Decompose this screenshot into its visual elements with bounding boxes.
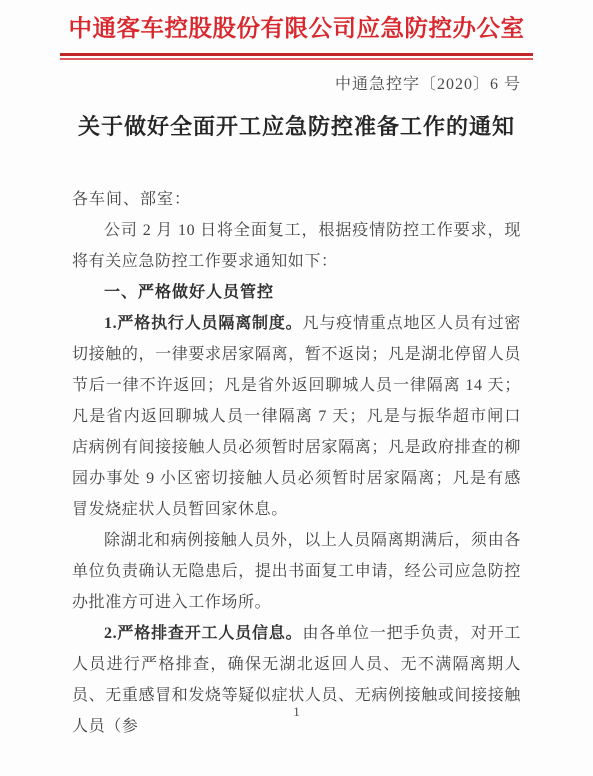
item-1-paragraph: 1.严格执行人员隔离制度。凡与疫情重点地区人员有过密切接触的，一律要求居家隔离，… bbox=[72, 308, 521, 525]
document-page: 中通客车控股股份有限公司应急防控办公室 中通急控字〔2020〕6 号 关于做好全… bbox=[0, 0, 593, 776]
salutation: 各车间、部室： bbox=[72, 184, 521, 215]
issuing-org-title: 中通客车控股股份有限公司应急防控办公室 bbox=[58, 12, 535, 46]
item-1-text: 凡与疫情重点地区人员有过密切接触的，一律要求居家隔离，暂不返岗；凡是湖北停留人员… bbox=[72, 315, 521, 518]
intro-paragraph: 公司 2 月 10 日将全面复工，根据疫情防控工作要求，现将有关应急防控工作要求… bbox=[72, 215, 521, 277]
page-number: 1 bbox=[0, 704, 593, 720]
document-number: 中通急控字〔2020〕6 号 bbox=[72, 74, 521, 96]
section-1-heading: 一、严格做好人员管控 bbox=[72, 277, 521, 308]
notice-title: 关于做好全面开工应急防控准备工作的通知 bbox=[72, 112, 521, 142]
letterhead: 中通客车控股股份有限公司应急防控办公室 bbox=[72, 12, 521, 60]
item-2-lead: 2.严格排查开工人员信息。 bbox=[104, 625, 303, 642]
item-1-followup-paragraph: 除湖北和病例接触人员外，以上人员隔离期满后，须由各单位负责确认无隐患后，提出书面… bbox=[72, 525, 521, 618]
letterhead-divider-thin-line bbox=[60, 58, 533, 60]
item-2-paragraph: 2.严格排查开工人员信息。由各单位一把手负责，对开工人员进行严格排查，确保无湖北… bbox=[72, 618, 521, 742]
letterhead-divider bbox=[60, 53, 533, 60]
item-1-lead: 1.严格执行人员隔离制度。 bbox=[104, 315, 303, 332]
